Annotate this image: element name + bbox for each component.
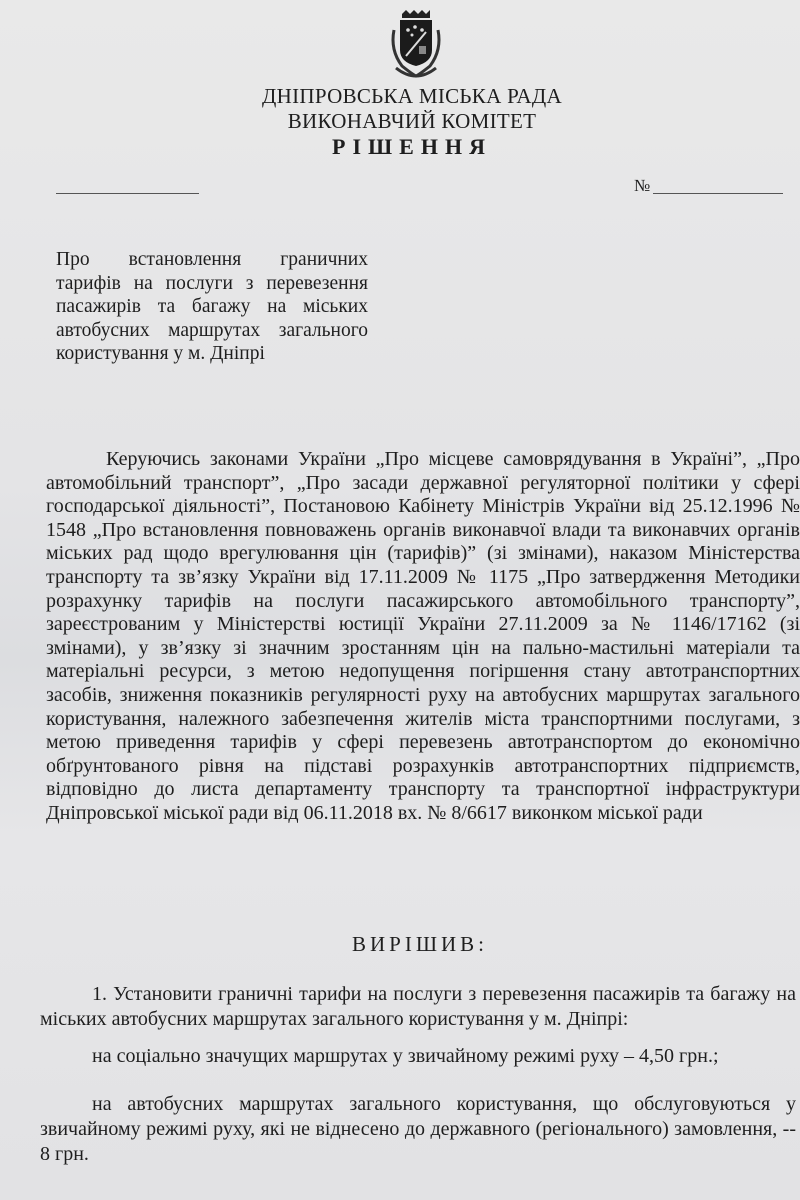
preamble-paragraph: Керуючись законами України „Про місцеве … (46, 448, 800, 826)
document-type: РІШЕННЯ (0, 134, 800, 160)
decision-subject: Про встановлення граничних тарифів на по… (56, 248, 368, 366)
number-blank-line (653, 193, 783, 194)
number-label: № (634, 176, 650, 196)
decided-heading: ВИРІШИВ: (0, 932, 800, 957)
council-name: ДНІПРОВСЬКА МІСЬКА РАДА (0, 84, 800, 109)
tariff-social-routes: на соціально значущих маршрутах у звичай… (40, 1044, 796, 1069)
tariff-general-routes: на автобусних маршрутах загального корис… (40, 1092, 796, 1167)
date-blank-line (56, 193, 199, 194)
coat-of-arms-icon (388, 10, 444, 82)
committee-name: ВИКОНАВЧИЙ КОМІТЕТ (0, 109, 800, 134)
item-1: 1. Установити граничні тарифи на послуги… (40, 982, 796, 1032)
